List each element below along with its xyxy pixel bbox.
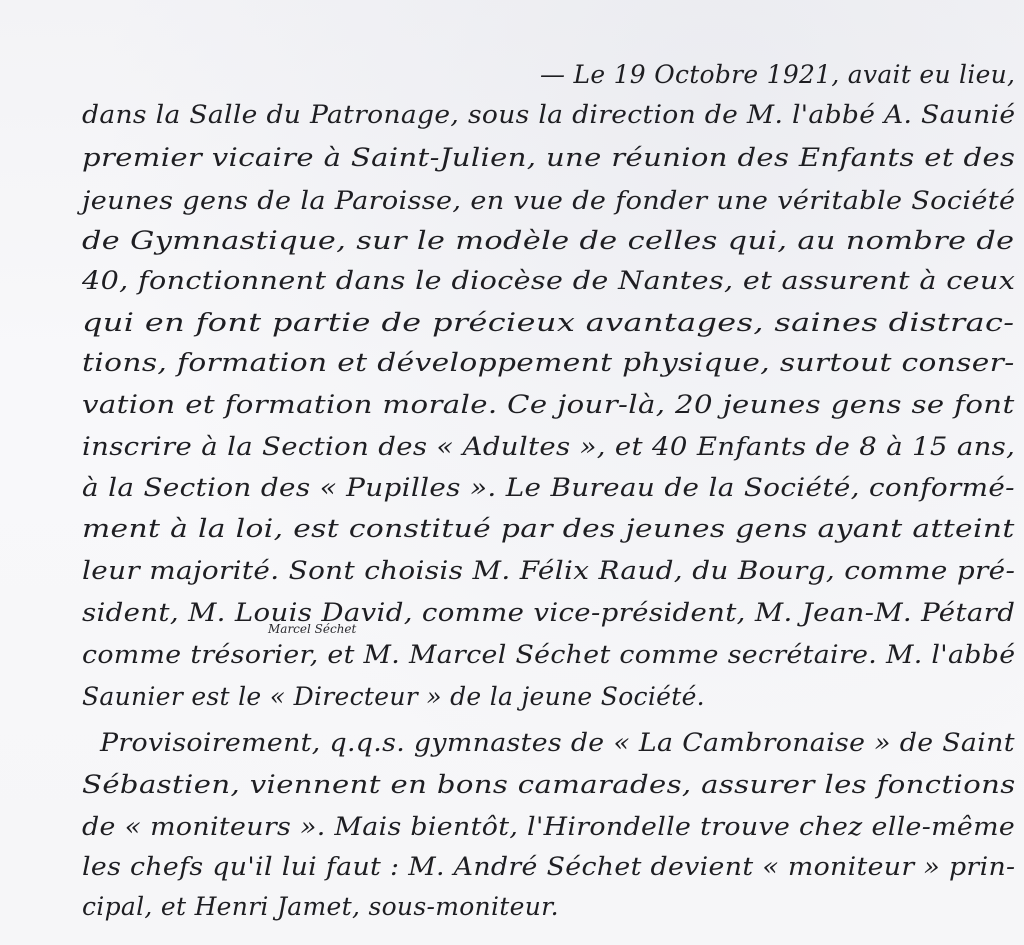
- manuscript-line: de Gymnastique, sur le modèle de celles …: [82, 226, 1014, 255]
- manuscript-line: ment à la loi, est constitué par des jeu…: [82, 514, 1015, 543]
- manuscript-line: qui en font partie de précieux avantages…: [82, 308, 1014, 337]
- manuscript-line: de « moniteurs ». Mais bientôt, l'Hirond…: [82, 812, 1015, 841]
- manuscript-line: cipal, et Henri Jamet, sous-moniteur.: [82, 892, 559, 921]
- manuscript-line: — Le 19 Octobre 1921, avait eu lieu,: [540, 60, 1015, 89]
- manuscript-line: sident, M. Louis David, comme vice-prési…: [82, 598, 1015, 627]
- manuscript-line: comme trésorier, et M. Marcel Séchet com…: [82, 640, 1015, 669]
- manuscript-line: jeunes gens de la Paroisse, en vue de fo…: [82, 186, 1015, 215]
- manuscript-line: leur majorité. Sont choisis M. Félix Rau…: [82, 556, 1015, 585]
- manuscript-line: premier vicaire à Saint-Julien, une réun…: [82, 143, 1015, 172]
- manuscript-line: inscrire à la Section des « Adultes », e…: [82, 432, 1015, 461]
- manuscript-line: Saunier est le « Directeur » de la jeune…: [82, 682, 705, 711]
- manuscript-line: Provisoirement, q.q.s. gymnastes de « La…: [100, 728, 1015, 757]
- interlinear-correction: Marcel Séchet: [268, 622, 356, 636]
- manuscript-line: les chefs qu'il lui faut : M. André Séch…: [82, 852, 1015, 881]
- manuscript-line: à la Section des « Pupilles ». Le Bureau…: [82, 473, 1015, 502]
- manuscript-line: Sébastien, viennent en bons camarades, a…: [82, 770, 1016, 799]
- manuscript-line: tions, formation et développement physiq…: [82, 348, 1015, 377]
- manuscript-line: vation et formation morale. Ce jour-là, …: [82, 390, 1015, 419]
- document-page: — Le 19 Octobre 1921, avait eu lieu,dans…: [0, 0, 1024, 945]
- manuscript-line: dans la Salle du Patronage, sous la dire…: [82, 100, 1015, 129]
- manuscript-line: 40, fonctionnent dans le diocèse de Nant…: [82, 266, 1015, 295]
- handwritten-manuscript: — Le 19 Octobre 1921, avait eu lieu,dans…: [0, 0, 1024, 945]
